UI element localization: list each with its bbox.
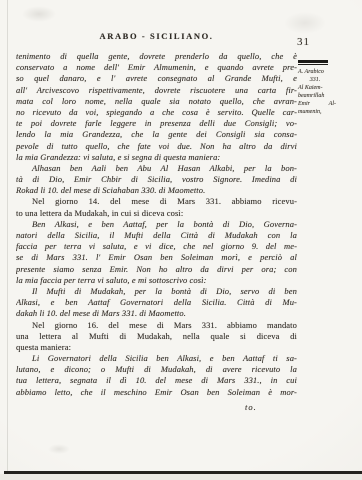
text-line: abbiamo letto, che il meschino Emir Osan… (16, 387, 297, 398)
text-line: Nel giorno 16. del mese di Mars 331. abb… (16, 320, 297, 331)
text-line: una lettera al Mufti di Mudakah, nella q… (16, 331, 297, 342)
page-fold-line (7, 0, 8, 472)
text-line: dakah li 10. del mese di Mars 331. di Ma… (16, 308, 297, 319)
text-line: presente siamo senza Emir. Non ho altro … (16, 264, 297, 275)
margin-note-line: Emir Al- (298, 100, 336, 108)
catchword: to. (245, 402, 257, 412)
running-title: ARABO - SICILIANO. (16, 31, 297, 41)
margin-note-rule (298, 60, 328, 63)
text-line: te poi dovrete farle leggere in presenza… (16, 118, 297, 129)
text-line: faccia per terra vi saluta, e vi dice, c… (16, 241, 297, 252)
text-line: all' Arcivescovo rispettivamente, dovret… (16, 85, 297, 96)
text-line: Rokad li 10. del mese di Sciahaban 330. … (16, 185, 297, 196)
margin-note-line: mumenin, (298, 108, 344, 116)
body-text: tenimento di quella gente, dovrete prend… (16, 51, 297, 398)
margin-note-rule (298, 64, 328, 65)
text-line: lutano, e dicono; o Mufti di Mudakah, di… (16, 364, 297, 375)
text-line: natori della Sicilia, il Mufti della Cit… (16, 230, 297, 241)
text-line: lendo la mia Grandezza, che la gente dei… (16, 129, 297, 140)
text-line: no ricevuto da voi, spiegando a che cosa… (16, 107, 297, 118)
margin-note-line: A. Arabico (298, 68, 344, 76)
margin-note-line: beamrillah (298, 92, 344, 100)
text-line: mata col loro nome, nella quale sia nota… (16, 96, 297, 107)
page-bottom-shade (0, 474, 362, 480)
text-line: Il Mufti di Mudakah, per la bontà di Dio… (16, 286, 297, 297)
margin-note-line: Al Kaiem- (298, 84, 344, 92)
text-line: tenimento di quella gente, dovrete prend… (16, 51, 297, 62)
text-line: Nel giorno 14. del mese di Mars 331. abb… (16, 196, 297, 207)
text-line: conservato a nome dell' Emir Almumenin, … (16, 62, 297, 73)
margin-note: A. Arabico 331. Al Kaiem- beamrillah Emi… (298, 60, 344, 116)
scanned-book-page: ARABO - SICILIANO. 31 tenimento di quell… (0, 0, 362, 480)
text-line: Alhasan ben Aali ben Abu Al Hasan Alkabi… (16, 163, 297, 174)
margin-note-line: 331. (298, 76, 332, 84)
text-line: tà di Dio, Emir Chbir di Sicilia, vostro… (16, 174, 297, 185)
text-line: la mia Grandezza: vi saluta, e si segna … (16, 152, 297, 163)
text-line: Alkasi, e ben Aattaf Governatori della S… (16, 297, 297, 308)
page-number: 31 (297, 36, 310, 48)
text-line: pevole di tutto quello, che fate voi due… (16, 141, 297, 152)
scan-smudge (48, 444, 70, 454)
text-line: Li Governatori della Sicilia ben Alkasi,… (16, 353, 297, 364)
text-line: la mia faccia per terra vi saluto, e mi … (16, 275, 297, 286)
text-line: tua lettera, segnata il dì 10. del mese … (16, 375, 297, 386)
text-line: so quel danaro, e l' avrete consegnato a… (16, 73, 297, 84)
text-line: questa maniera: (16, 342, 297, 353)
text-line: se di Mars 331. l' Emir Osan ben Soleima… (16, 252, 297, 263)
scan-smudge (22, 6, 56, 22)
text-line: Ben Alkasi, e ben Aattaf, per la bontà d… (16, 219, 297, 230)
text-line: to una lettera da Mudakah, in cui si dic… (16, 208, 297, 219)
